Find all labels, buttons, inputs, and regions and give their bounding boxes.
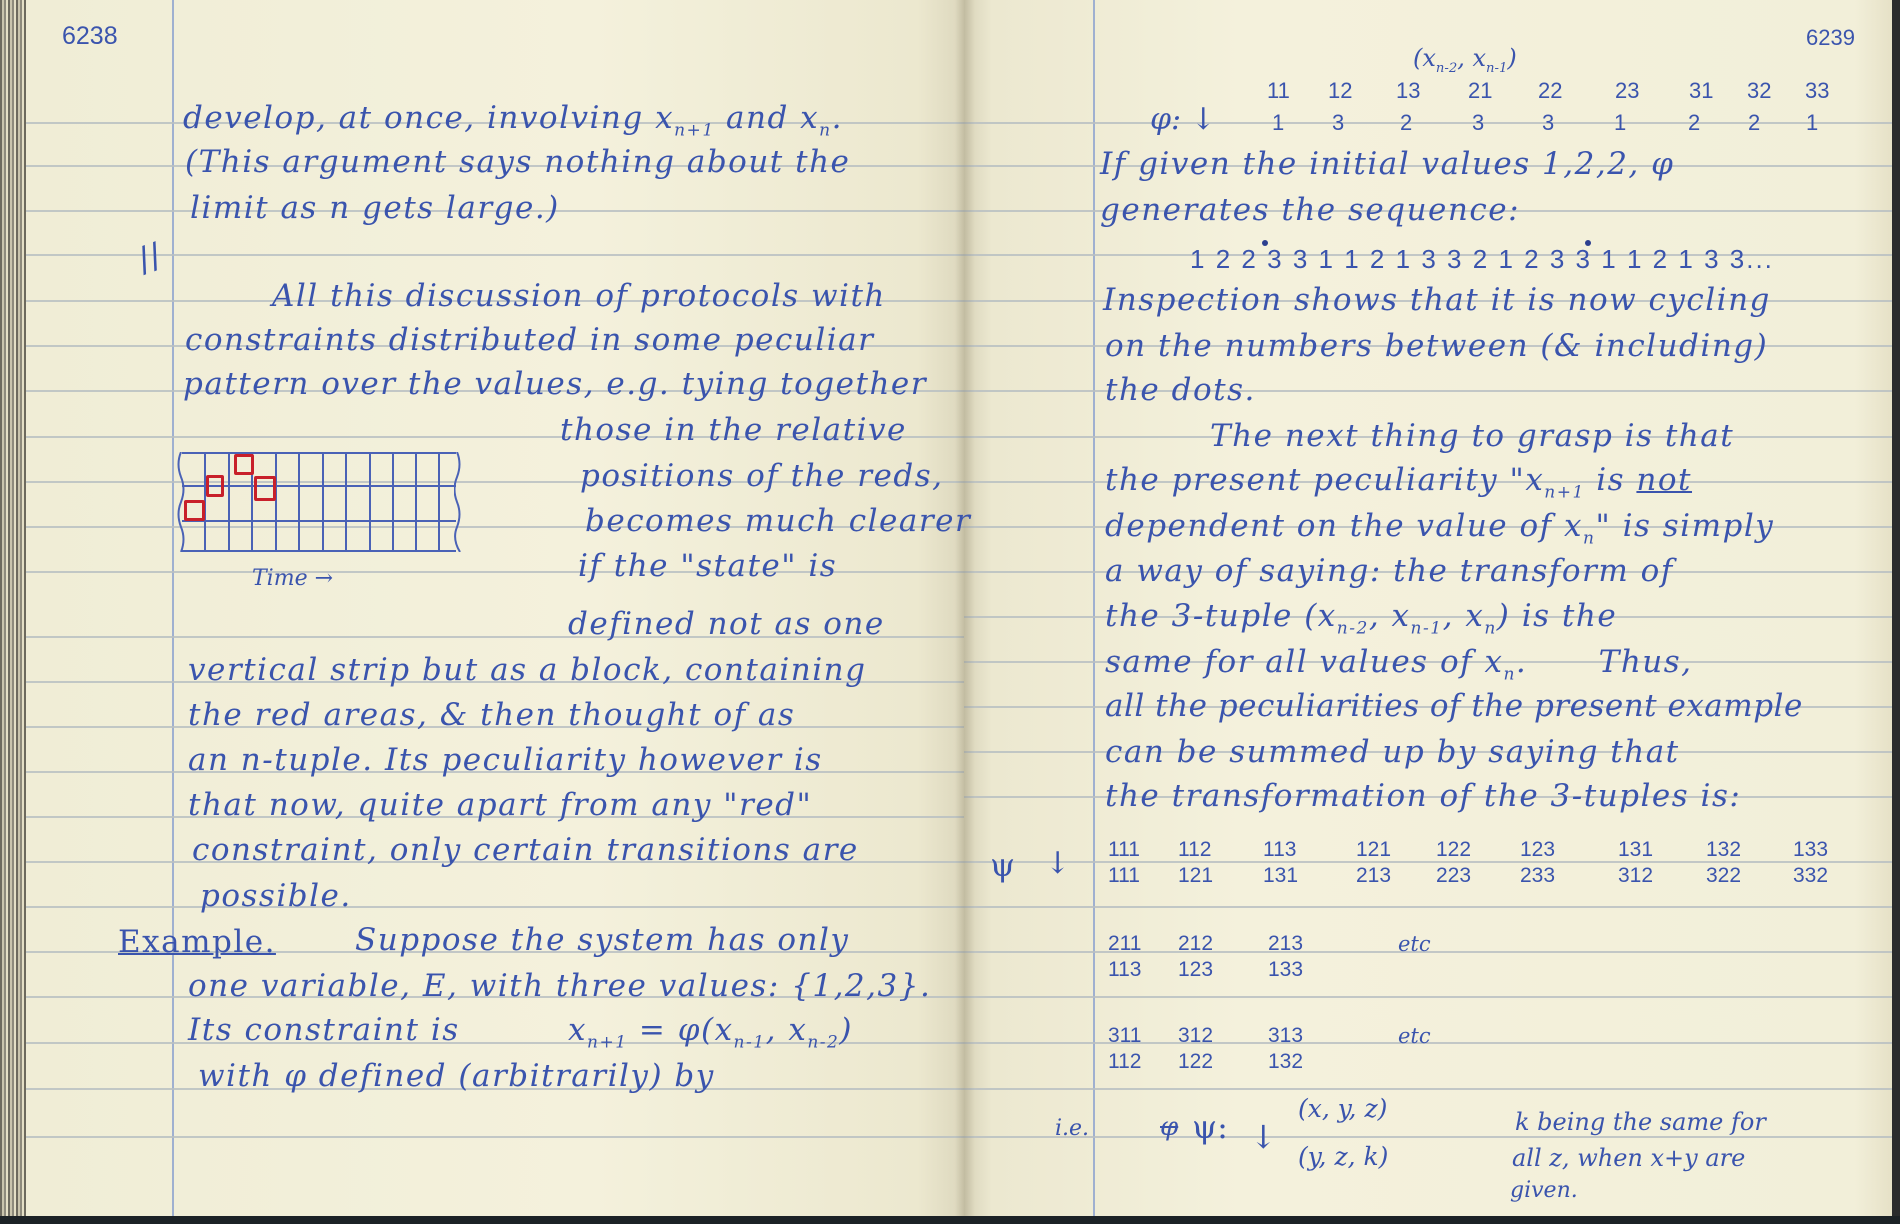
background-surface — [0, 1216, 1900, 1224]
text-line: defined not as one — [568, 606, 885, 642]
psi-table-row2-outputs: 113 123 133 — [1108, 958, 1348, 982]
psi-table-row1-inputs: 111 112 113 121 122 123 131 132 133 — [1108, 838, 1843, 862]
text-line: constraint, only certain transitions are — [192, 832, 859, 868]
phi-table-header: (xn-2, xn-1) — [1413, 44, 1517, 76]
red-cell-marker — [234, 454, 254, 475]
cycle-end-dot — [1585, 240, 1591, 246]
text-line: can be summed up by saying that — [1105, 734, 1680, 770]
constraint-formula: xn+1 = φ(xn-1, xn-2) — [568, 1012, 853, 1053]
text-line: pattern over the values, e.g. tying toge… — [183, 366, 927, 402]
text-line: Inspection shows that it is now cycling — [1103, 282, 1771, 318]
note-line: all z, when x+y are — [1512, 1144, 1745, 1172]
text-line: with φ defined (arbitrarily) by — [198, 1058, 715, 1094]
text-line: that now, quite apart from any "red" — [188, 787, 812, 823]
text-line: if the "state" is — [578, 548, 837, 584]
psi-symbol: ψ — [990, 846, 1015, 884]
text-line: The next thing to grasp is that — [1210, 418, 1734, 454]
psi-table-row2-inputs: 211 212 213 etc — [1108, 932, 1431, 956]
psi-table-row3-outputs: 112 122 132 — [1108, 1050, 1348, 1074]
ruled-line — [964, 390, 1892, 392]
ruled-line — [26, 906, 964, 908]
state-grid-figure — [182, 452, 456, 552]
text-fragment: and — [726, 100, 789, 136]
text-line: the dots. — [1105, 372, 1256, 408]
ruled-line — [964, 996, 1892, 998]
text-line: constraints distributed in some peculiar — [185, 322, 874, 358]
ie-label: i.e. — [1055, 1116, 1089, 1141]
text-line: If given the initial values 1,2,2, φ — [1100, 146, 1674, 182]
text-line: All this discussion of protocols with — [272, 278, 886, 314]
text-line: Its constraint is — [188, 1012, 460, 1048]
down-arrow-icon: ↓ — [1250, 1118, 1277, 1156]
phi-symbol: φ: ↓ — [1150, 102, 1216, 137]
ruled-line — [964, 906, 1892, 908]
red-cell-marker — [184, 500, 205, 521]
struck-phi: φ — [1160, 1112, 1178, 1142]
text-line: same for all values of xn. Thus, — [1105, 644, 1693, 685]
text-line: those in the relative — [560, 412, 907, 448]
text-line: generates the sequence: — [1100, 192, 1520, 228]
figure-caption: Time → — [252, 566, 333, 591]
text-line: limit as n gets large.) — [190, 190, 560, 226]
torn-edge-right — [454, 452, 464, 552]
text-line: Suppose the system has only — [355, 922, 849, 958]
phi-table-inputs: 11 12 13 21 22 23 31 32 33 — [1267, 78, 1845, 104]
text-line: becomes much clearer — [585, 503, 971, 539]
text-line: the 3-tuple (xn-2, xn-1, xn) is the — [1105, 598, 1617, 639]
text-line: (This argument says nothing about the — [185, 144, 850, 180]
text-line: a way of saying: the transform of — [1105, 553, 1674, 589]
generated-sequence: 1 2 2 3 3 1 1 2 1 3 3 2 1 2 3 3 1 1 2 1 … — [1190, 244, 1774, 275]
example-heading: Example. — [118, 924, 276, 960]
text-line: all the peculiarities of the present exa… — [1105, 688, 1803, 724]
text-line: positions of the reds, — [580, 458, 943, 494]
psi-table-row3-inputs: 311 312 313 etc — [1108, 1024, 1431, 1048]
text-line: the red areas, & then thought of as — [188, 697, 795, 733]
psi-table-row1-outputs: 111 121 131 213 223 233 312 322 332 — [1108, 864, 1843, 888]
text-line: vertical strip but as a block, containin… — [188, 652, 866, 688]
math-var: xn. — [800, 100, 843, 136]
margin-line — [172, 0, 174, 1216]
text-line: possible. — [200, 878, 352, 914]
tuple-to: (y, z, k) — [1298, 1142, 1388, 1171]
page-number: 6239 — [1806, 25, 1855, 51]
ruled-line — [964, 1136, 1892, 1138]
text-line: the transformation of the 3-tuples is: — [1105, 778, 1741, 814]
ruled-line — [964, 1088, 1892, 1090]
ruled-line — [26, 254, 964, 256]
phi-table-outputs: 1 3 2 3 3 1 2 2 1 — [1272, 110, 1836, 136]
text-line: one variable, E, with three values: {1,2… — [188, 968, 931, 1004]
text-fragment: develop, at once, involving — [183, 100, 644, 136]
red-cell-marker — [254, 476, 276, 501]
text-line: on the numbers between (& including) — [1105, 328, 1768, 364]
tuple-from: (x, y, z) — [1298, 1094, 1387, 1123]
page-number: 6238 — [62, 22, 118, 51]
text-line: the present peculiarity "xn+1 is not — [1105, 462, 1692, 503]
cycle-start-dot — [1262, 240, 1268, 246]
text-line: an n-tuple. Its peculiarity however is — [188, 742, 823, 778]
psi-symbol: ψ: — [1192, 1108, 1228, 1146]
note-line: k being the same for — [1515, 1108, 1766, 1136]
math-var: xn+1 — [655, 100, 715, 136]
text-line: develop, at once, involving xn+1 and xn. — [183, 100, 843, 141]
text-line: dependent on the value of xn" is simply — [1105, 508, 1774, 549]
binding-gutter — [955, 0, 975, 1216]
ruled-line — [26, 1136, 964, 1138]
down-arrow-icon: ↓ — [1045, 846, 1070, 881]
margin-line — [1093, 0, 1095, 1216]
note-line: given. — [1510, 1178, 1578, 1203]
red-cell-marker — [206, 475, 224, 497]
